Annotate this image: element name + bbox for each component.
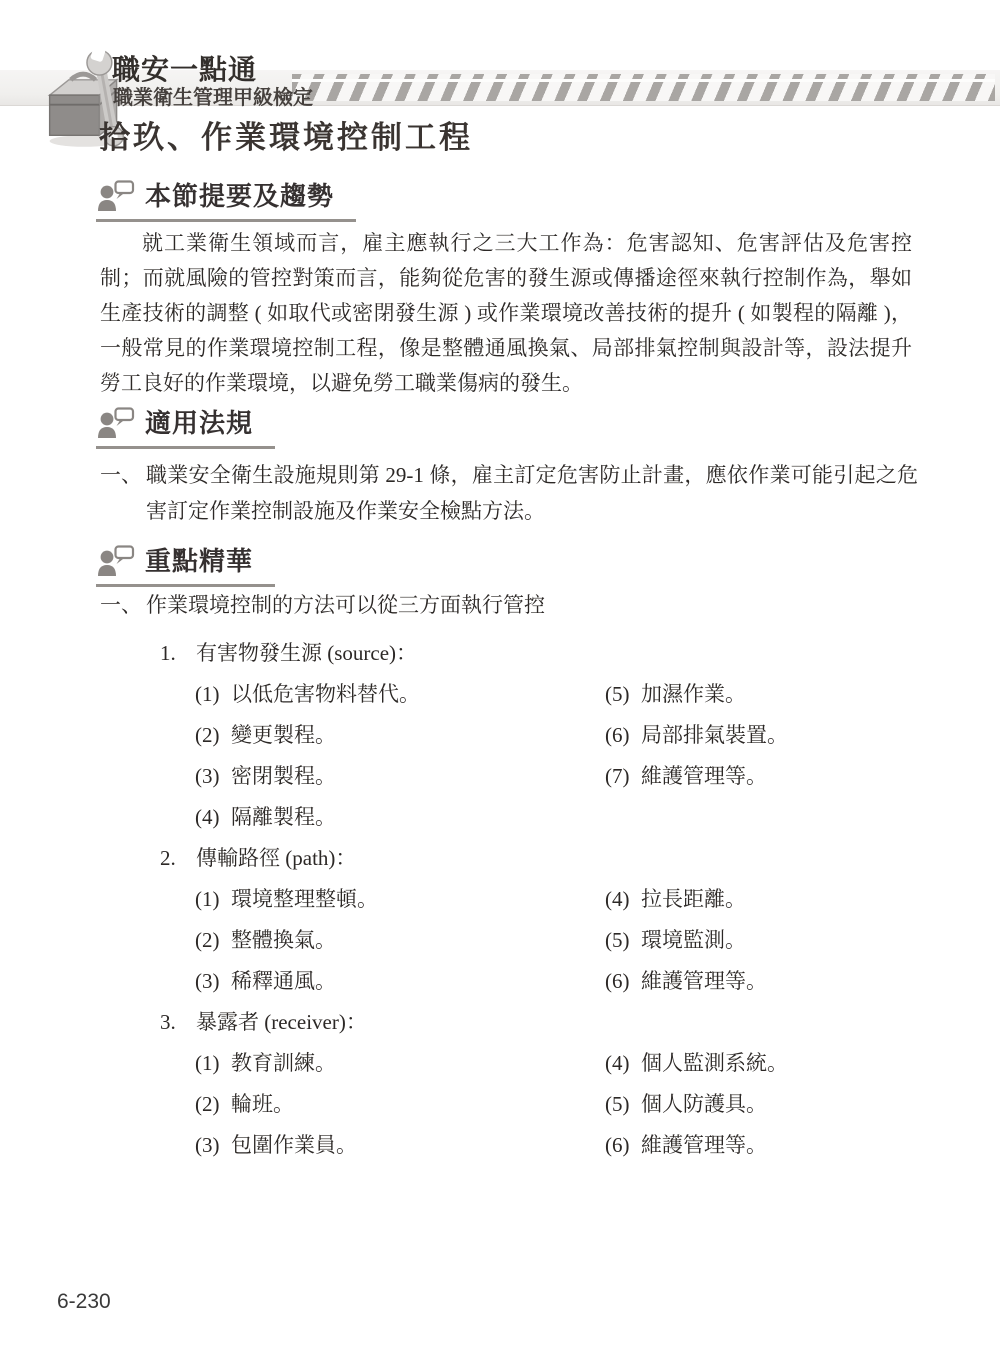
column-right: (4)拉長距離。 (5)環境監測。 (6)維護管理等。 [605,885,767,1008]
person-speech-bubble-icon [96,407,136,441]
list-item: (6)局部排氣裝置。 [605,721,788,749]
group-title-text: 傳輸路徑 (path)： [196,844,356,872]
list-item: (5)加濕作業。 [605,680,788,708]
item-text: 維護管理等。 [641,1131,767,1159]
item-number: (2) [195,1090,231,1118]
list-marker: 一、 [100,457,146,529]
item-number: (3) [195,967,231,995]
item-text: 稀釋通風。 [231,967,336,995]
item-number: (4) [605,885,641,913]
list-item: (1)環境整理整頓。 [195,885,940,913]
group-number: 1. [160,639,196,667]
section-heading-text: 重點精華 [145,541,253,578]
regulation-text: 職業安全衛生設施規則第 29-1 條，雇主訂定危害防止計畫，應依作業可能引起之危… [146,457,918,529]
diagonal-stripes-decoration [292,74,995,101]
keypoint-group-path: 2. 傳輸路徑 (path)： (1)環境整理整頓。 (2)整體換氣。 (3)稀… [100,844,940,995]
item-text: 局部排氣裝置。 [641,721,788,749]
item-text: 拉長距離。 [641,885,746,913]
keypoints-intro-text: 作業環境控制的方法可以從三方面執行管控 [146,591,545,619]
item-number: (4) [195,803,231,831]
item-number: (2) [195,721,231,749]
group-columns: (1)教育訓練。 (2)輪班。 (3)包圍作業員。 (4)個人監測系統。 (5)… [195,1049,940,1159]
section-heading-regulations: 適用法規 [96,403,275,449]
list-item: (2)變更製程。 [195,721,940,749]
group-title: 2. 傳輸路徑 (path)： [160,844,940,872]
group-title-text: 暴露者 (receiver)： [196,1008,367,1036]
person-speech-bubble-icon [96,180,136,214]
page-number: 6-230 [57,1290,111,1314]
group-columns: (1)環境整理整頓。 (2)整體換氣。 (3)稀釋通風。 (4)拉長距離。 (5… [195,885,940,995]
item-text: 教育訓練。 [231,1049,336,1077]
overview-paragraph: 就工業衛生領域而言，雇主應執行之三大工作為：危害認知、危害評估及危害控制；而就風… [100,226,912,401]
item-number: (4) [605,1049,641,1077]
list-item: (6)維護管理等。 [605,967,767,995]
section-heading-keypoints: 重點精華 [96,541,275,587]
list-item: (3)密閉製程。 [195,762,940,790]
list-item: (4)隔離製程。 [195,803,940,831]
group-columns: (1)以低危害物料替代。 (2)變更製程。 (3)密閉製程。 (4)隔離製程。 … [195,680,940,831]
keypoints-intro: 一、 作業環境控制的方法可以從三方面執行管控 [100,591,940,619]
item-text: 整體換氣。 [231,926,336,954]
list-item: (7)維護管理等。 [605,762,788,790]
list-item: (1)以低危害物料替代。 [195,680,940,708]
column-right: (4)個人監測系統。 (5)個人防護具。 (6)維護管理等。 [605,1049,788,1172]
section-heading-text: 適用法規 [145,403,253,440]
list-marker: 一、 [100,591,146,619]
item-number: (7) [605,762,641,790]
group-title: 1. 有害物發生源 (source)： [160,639,940,667]
item-text: 變更製程。 [231,721,336,749]
list-item: (6)維護管理等。 [605,1131,788,1159]
keypoint-group-receiver: 3. 暴露者 (receiver)： (1)教育訓練。 (2)輪班。 (3)包圍… [100,1008,940,1159]
section-heading-overview: 本節提要及趨勢 [96,176,356,222]
group-number: 3. [160,1008,196,1036]
list-item: (2)輪班。 [195,1090,940,1118]
item-number: (5) [605,926,641,954]
list-item: (2)整體換氣。 [195,926,940,954]
list-item: (5)個人防護具。 [605,1090,788,1118]
item-text: 隔離製程。 [231,803,336,831]
item-number: (2) [195,926,231,954]
group-number: 2. [160,844,196,872]
list-item: (3)稀釋通風。 [195,967,940,995]
item-number: (6) [605,721,641,749]
item-number: (3) [195,1131,231,1159]
item-text: 維護管理等。 [641,967,767,995]
keypoints-body: 一、 作業環境控制的方法可以從三方面執行管控 1. 有害物發生源 (source… [100,591,940,1172]
item-text: 個人監測系統。 [641,1049,788,1077]
column-right: (5)加濕作業。 (6)局部排氣裝置。 (7)維護管理等。 [605,680,788,803]
item-number: (6) [605,1131,641,1159]
list-item: (4)拉長距離。 [605,885,767,913]
person-speech-bubble-icon [96,545,136,579]
item-text: 以低危害物料替代。 [231,680,420,708]
column-left: (1)以低危害物料替代。 (2)變更製程。 (3)密閉製程。 (4)隔離製程。 [195,680,940,831]
group-title: 3. 暴露者 (receiver)： [160,1008,940,1036]
regulation-item: 一、 職業安全衛生設施規則第 29-1 條，雇主訂定危害防止計畫，應依作業可能引… [100,457,918,529]
section-heading-text: 本節提要及趨勢 [145,176,334,213]
item-number: (6) [605,967,641,995]
list-item: (4)個人監測系統。 [605,1049,788,1077]
item-text: 個人防護具。 [641,1090,767,1118]
item-number: (3) [195,762,231,790]
column-left: (1)環境整理整頓。 (2)整體換氣。 (3)稀釋通風。 [195,885,940,995]
list-item: (3)包圍作業員。 [195,1131,940,1159]
item-text: 環境整理整頓。 [231,885,378,913]
item-text: 輪班。 [231,1090,294,1118]
list-item: (5)環境監測。 [605,926,767,954]
item-number: (5) [605,1090,641,1118]
page-title: 拾玖、作業環境控制工程 [99,112,473,157]
item-number: (5) [605,680,641,708]
item-number: (1) [195,885,231,913]
item-text: 環境監測。 [641,926,746,954]
item-number: (1) [195,680,231,708]
item-text: 包圍作業員。 [231,1131,357,1159]
item-number: (1) [195,1049,231,1077]
logo-subtitle: 職業衛生管理甲級檢定 [113,81,313,110]
item-text: 加濕作業。 [641,680,746,708]
item-text: 密閉製程。 [231,762,336,790]
item-text: 維護管理等。 [641,762,767,790]
list-item: (1)教育訓練。 [195,1049,940,1077]
keypoint-group-source: 1. 有害物發生源 (source)： (1)以低危害物料替代。 (2)變更製程… [100,639,940,831]
group-title-text: 有害物發生源 (source)： [196,639,417,667]
column-left: (1)教育訓練。 (2)輪班。 (3)包圍作業員。 [195,1049,940,1159]
